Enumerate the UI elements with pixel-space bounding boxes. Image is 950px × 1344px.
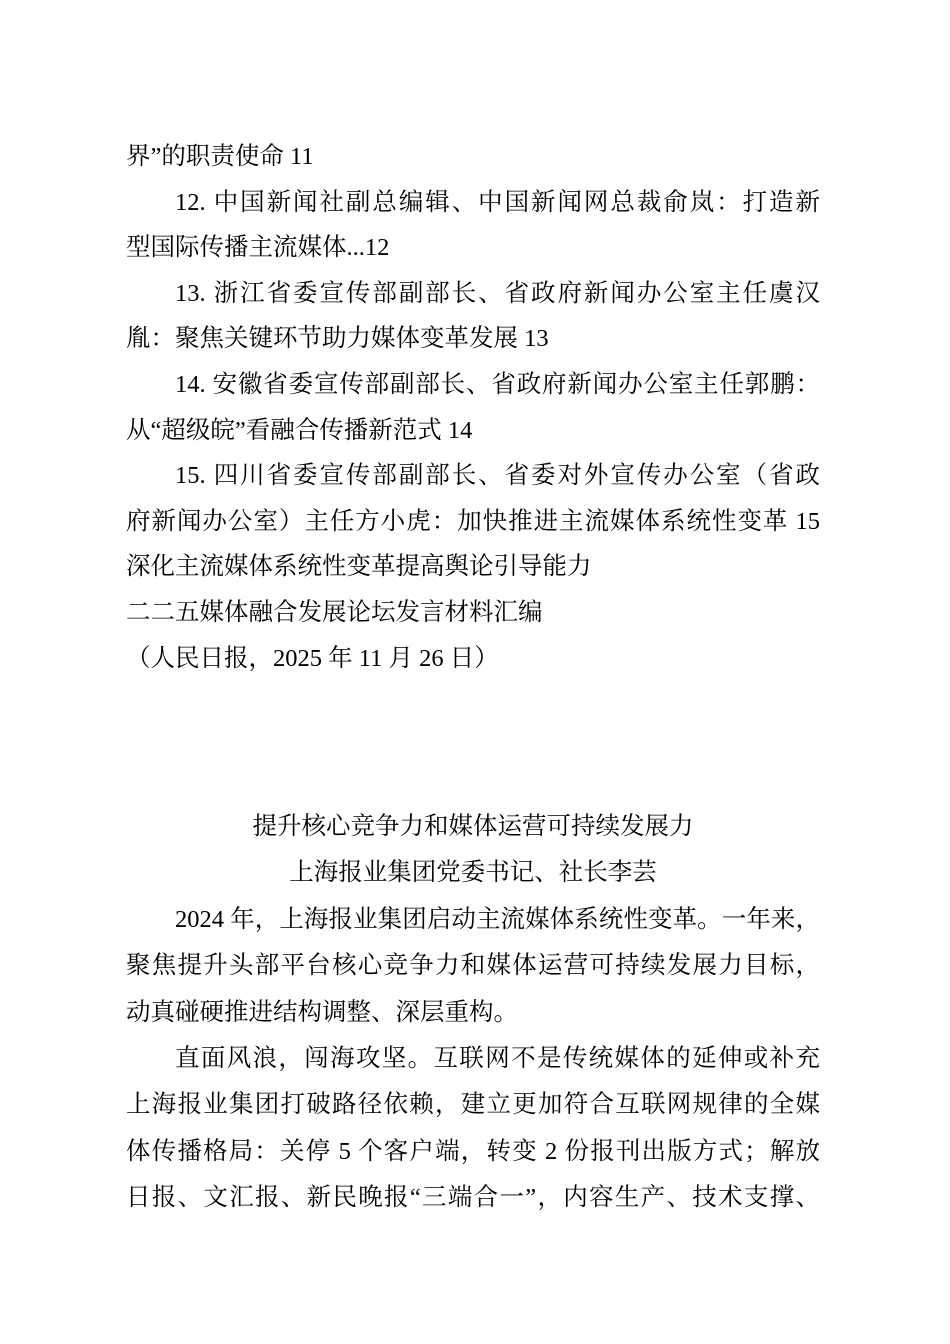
article-body-line: 上海报业集团打破路径依赖，建立更加符合互联网规律的全媒: [126, 1082, 820, 1128]
article-body-line: 动真碰硬推进结构调整、深层重构。: [126, 990, 820, 1036]
toc-line: 13. 浙江省委宣传部副部长、省政府新闻办公室主任虞汉: [126, 271, 820, 317]
article-body: 2024 年，上海报业集团启动主流媒体系统性变革。一年来，聚焦提升头部平台核心竞…: [126, 897, 820, 1222]
toc-line: 14. 安徽省委宣传部副部长、省政府新闻办公室主任郭鹏：: [126, 362, 820, 408]
toc-continued-section: 界”的职责使命 1112. 中国新闻社副总编辑、中国新闻网总裁俞岚：打造新型国际…: [126, 134, 820, 681]
toc-line: 深化主流媒体系统性变革提高舆论引导能力: [126, 544, 820, 590]
article-body-line: 体传播格局：关停 5 个客户端，转变 2 份报刊出版方式；解放: [126, 1129, 820, 1175]
document-page: 界”的职责使命 1112. 中国新闻社副总编辑、中国新闻网总裁俞岚：打造新型国际…: [0, 0, 950, 1344]
article-body-line: 日报、文汇报、新民晚报“三端合一”，内容生产、技术支撑、: [126, 1175, 820, 1221]
article-title: 提升核心竞争力和媒体运营可持续发展力: [126, 804, 820, 850]
toc-line: 型国际传播主流媒体...12: [126, 225, 820, 271]
toc-line: 胤：聚焦关键环节助力媒体变革发展 13: [126, 316, 820, 362]
toc-line: 界”的职责使命 11: [126, 134, 820, 180]
toc-line: 12. 中国新闻社副总编辑、中国新闻网总裁俞岚：打造新: [126, 180, 820, 226]
toc-line: 府新闻办公室）主任方小虎：加快推进主流媒体系统性变革 15: [126, 499, 820, 545]
toc-line: （人民日报，2025 年 11 月 26 日）: [126, 636, 820, 682]
article-body-line: 聚焦提升头部平台核心竞争力和媒体运营可持续发展力目标，: [126, 943, 820, 989]
toc-line: 二二五媒体融合发展论坛发言材料汇编: [126, 590, 820, 636]
article-section: 提升核心竞争力和媒体运营可持续发展力 上海报业集团党委书记、社长李芸 2024 …: [126, 804, 820, 1222]
toc-line: 15. 四川省委宣传部副部长、省委对外宣传办公室（省政: [126, 453, 820, 499]
article-byline: 上海报业集团党委书记、社长李芸: [126, 850, 820, 896]
article-body-line: 直面风浪，闯海攻坚。互联网不是传统媒体的延伸或补充: [126, 1036, 820, 1082]
toc-line: 从“超级皖”看融合传播新范式 14: [126, 408, 820, 454]
article-body-line: 2024 年，上海报业集团启动主流媒体系统性变革。一年来，: [126, 897, 820, 943]
